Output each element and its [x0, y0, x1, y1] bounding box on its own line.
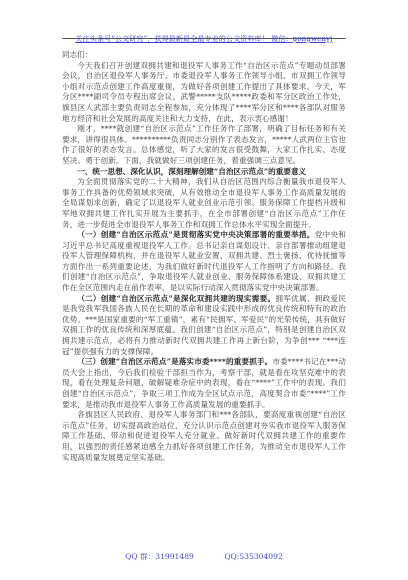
- paragraph-summary: 刚才，****就创建“自治区示范点”工作任务作了部署，明确了目标任务和有关要求，…: [62, 124, 346, 166]
- paragraph-section-1-intro: 为全面贯彻落实党的二十大精神，我们从自治区范围内综合衡量我市退役军人事务工作具备…: [62, 177, 346, 230]
- footer-contact: QQ 群：31991489 QQ:535304092: [0, 551, 408, 562]
- header-banner: 关注头条号“公文研究”，获得最新最全最专业的公文资料库！ 微信：gongweny…: [62, 26, 346, 39]
- point-2-heading: （二）创建“自治区示范点”是深化双拥共建的现实需要。: [77, 294, 275, 303]
- paragraph-opening: 今天我们召开创建双拥共建和退役军人事务工作“自治区示范点”专题动员部署会议，自治…: [62, 61, 346, 125]
- footer-qq-group: QQ 群：31991489: [125, 552, 194, 561]
- point-1-heading: （一）创建“自治区示范点”是贯彻落实党中央决策部署的重要举措。: [77, 230, 315, 239]
- paragraph-point-1: （一）创建“自治区示范点”是贯彻落实党中央决策部署的重要举措。党中央和习近平总书…: [62, 230, 346, 294]
- paragraph-point-3: （三）创建“自治区示范点”是落实市委****的重要抓手。市委****书记在***…: [62, 357, 346, 410]
- footer-qq: QQ:535304092: [224, 552, 283, 561]
- document-body: 同志们： 今天我们召开创建双拥共建和退役军人事务工作“自治区示范点”专题动员部署…: [62, 50, 346, 463]
- paragraph-closing: 各旗县区人民政府、退役军人事务部门和***各部队，要高度重视创建“自治区示范点”…: [62, 410, 346, 463]
- header-link[interactable]: 关注头条号“公文研究”，获得最新最全最专业的公文资料库！ 微信：gongweny…: [76, 35, 333, 43]
- section-heading-1: 一、统一思想、深化认识，深刻理解创建“自治区示范点”的重要意义: [62, 167, 346, 178]
- point-3-heading: （三）创建“自治区示范点”是落实市委****的重要抓手。: [77, 357, 272, 366]
- salutation: 同志们：: [62, 50, 346, 61]
- document-page: 关注头条号“公文研究”，获得最新最全最专业的公文资料库！ 微信：gongweny…: [0, 0, 408, 580]
- point-1-text: 党中央和习近平总书记高度重视退役军人工作。总书记亲自谋划设计、亲自部署推动组建退…: [62, 230, 346, 292]
- paragraph-point-2: （二）创建“自治区示范点”是深化双拥共建的现实需要。拥军优属、拥政爱民是我党我军…: [62, 294, 346, 358]
